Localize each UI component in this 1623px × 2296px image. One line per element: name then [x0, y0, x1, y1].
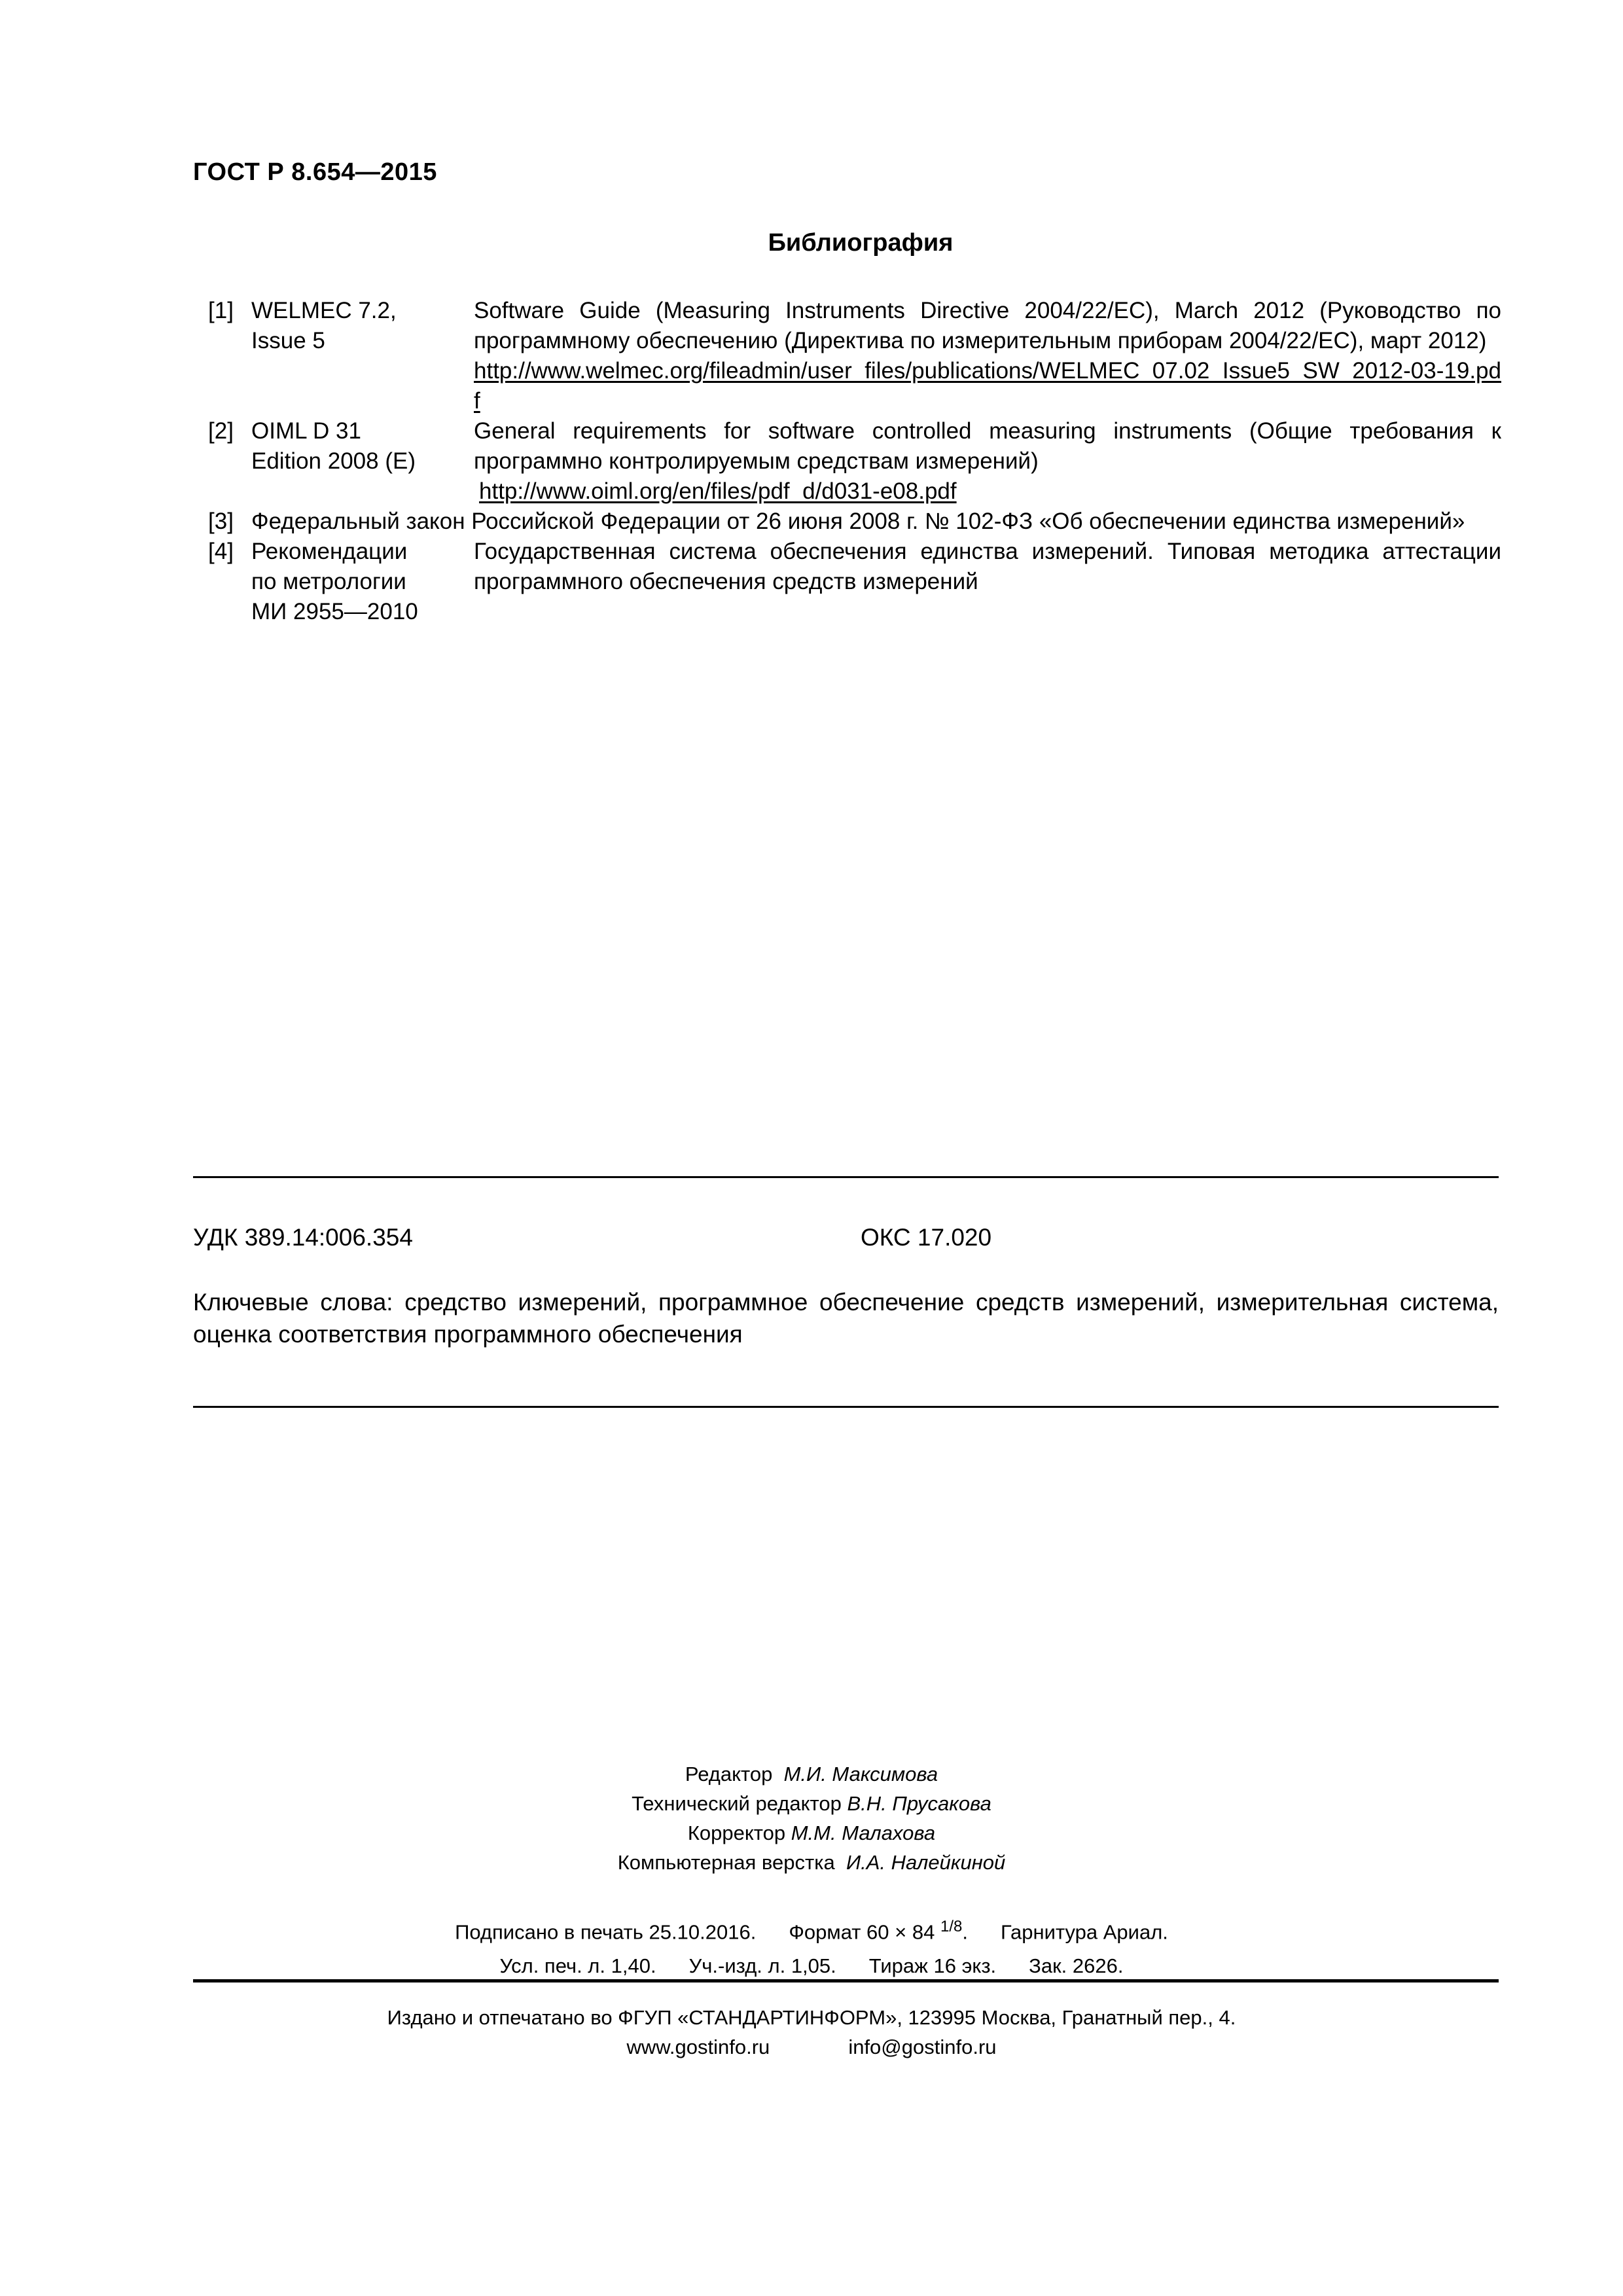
entry-source-line: OIML D 31	[251, 416, 474, 446]
paper-format: Формат 60 × 84	[789, 1920, 935, 1943]
entry-source-line: Edition 2008 (E)	[251, 446, 474, 476]
entry-description: Software Guide (Measuring Instruments Di…	[474, 296, 1501, 416]
signed-date: Подписано в печать 25.10.2016.	[455, 1920, 756, 1943]
publisher-sheets: Уч.-изд. л. 1,05.	[689, 1954, 836, 1977]
print-sheets: Усл. печ. л. 1,40.	[499, 1954, 656, 1977]
credit-role: Компьютерная верстка	[618, 1851, 835, 1874]
credit-name: И.А. Налейкиной	[846, 1851, 1005, 1874]
entry-description: General requirements for software contro…	[474, 416, 1501, 507]
udk-code: УДК 389.14:006.354	[193, 1224, 413, 1251]
publisher-email-link[interactable]: info@gostinfo.ru	[848, 2036, 996, 2058]
bibliography-title: Библиография	[0, 229, 1623, 257]
entry-source: OIML D 31 Edition 2008 (E)	[251, 416, 474, 507]
credit-name: В.Н. Прусакова	[847, 1792, 991, 1815]
credit-line: Компьютерная верстка И.А. Налейкиной	[0, 1848, 1623, 1877]
entry-number: [2]	[208, 416, 251, 507]
credit-role: Редактор	[685, 1763, 772, 1785]
entry-source-line: Рекомендации	[251, 537, 474, 567]
print-line-2: Усл. печ. л. 1,40.Уч.-изд. л. 1,05.Тираж…	[0, 1949, 1623, 1983]
bibliography-entry: [3] Федеральный закон Российской Федерац…	[208, 507, 1504, 537]
entry-source: Рекомендации по метрологии МИ 2955—2010	[251, 537, 474, 627]
credit-name: М.И. Максимова	[784, 1763, 938, 1785]
entry-description-text: Государственная система обеспечения един…	[474, 539, 1501, 594]
credit-role: Корректор	[688, 1821, 785, 1844]
credit-line: Технический редактор В.Н. Прусакова	[0, 1789, 1623, 1818]
publisher-address: Издано и отпечатано во ФГУП «СТАНДАРТИНФ…	[0, 2003, 1623, 2032]
bibliography-entry: [2] OIML D 31 Edition 2008 (E) General r…	[208, 416, 1504, 507]
credits-block: Редактор М.И. Максимова Технический реда…	[0, 1759, 1623, 1877]
print-info: Подписано в печать 25.10.2016.Формат 60 …	[0, 1910, 1623, 1983]
credit-role: Технический редактор	[632, 1792, 842, 1815]
entry-description-text: Software Guide (Measuring Instruments Di…	[474, 298, 1501, 353]
entry-number: [1]	[208, 296, 251, 416]
bibliography-entry: [4] Рекомендации по метрологии МИ 2955—2…	[208, 537, 1504, 627]
publisher-website-link[interactable]: www.gostinfo.ru	[626, 2036, 770, 2058]
entry-source-line: по метрологии	[251, 567, 474, 597]
entry-link[interactable]: http://www.oiml.org/en/files/pdf_d/d031-…	[474, 476, 1501, 507]
divider-top	[193, 1176, 1499, 1178]
format-suffix: .	[962, 1920, 968, 1943]
format-fraction: 1/8	[940, 1918, 962, 1935]
credit-line: Редактор М.И. Максимова	[0, 1759, 1623, 1789]
entry-source: WELMEC 7.2, Issue 5	[251, 296, 474, 416]
credit-line: Корректор М.М. Малахова	[0, 1818, 1623, 1848]
entry-description-text: General requirements for software contro…	[474, 418, 1501, 474]
entry-link[interactable]: http://www.welmec.org/fileadmin/user_fil…	[474, 356, 1501, 416]
bibliography-entry: [1] WELMEC 7.2, Issue 5 Software Guide (…	[208, 296, 1504, 416]
bibliography-list: [1] WELMEC 7.2, Issue 5 Software Guide (…	[208, 296, 1504, 627]
typeface: Гарнитура Ариал.	[1001, 1920, 1168, 1943]
entry-description: Государственная система обеспечения един…	[474, 537, 1501, 627]
entry-source-line: WELMEC 7.2,	[251, 296, 474, 326]
entry-number: [3]	[208, 507, 251, 537]
divider-publisher	[193, 1979, 1499, 1982]
oks-code: ОКС 17.020	[861, 1224, 991, 1251]
entry-source-line: Issue 5	[251, 326, 474, 356]
order-number: Зак. 2626.	[1029, 1954, 1123, 1977]
credit-name: М.М. Малахова	[791, 1821, 935, 1844]
keywords: Ключевые слова: средство измерений, прог…	[193, 1286, 1499, 1350]
entry-source-line: МИ 2955—2010	[251, 597, 474, 627]
publisher-block: Издано и отпечатано во ФГУП «СТАНДАРТИНФ…	[0, 2003, 1623, 2062]
circulation: Тираж 16 экз.	[869, 1954, 996, 1977]
divider-bottom	[193, 1406, 1499, 1408]
document-code: ГОСТ Р 8.654—2015	[193, 158, 437, 187]
entry-number: [4]	[208, 537, 251, 627]
publisher-contacts: www.gostinfo.ruinfo@gostinfo.ru	[0, 2032, 1623, 2062]
print-line-1: Подписано в печать 25.10.2016.Формат 60 …	[0, 1910, 1623, 1949]
entry-text: Федеральный закон Российской Федерации о…	[251, 507, 1501, 537]
